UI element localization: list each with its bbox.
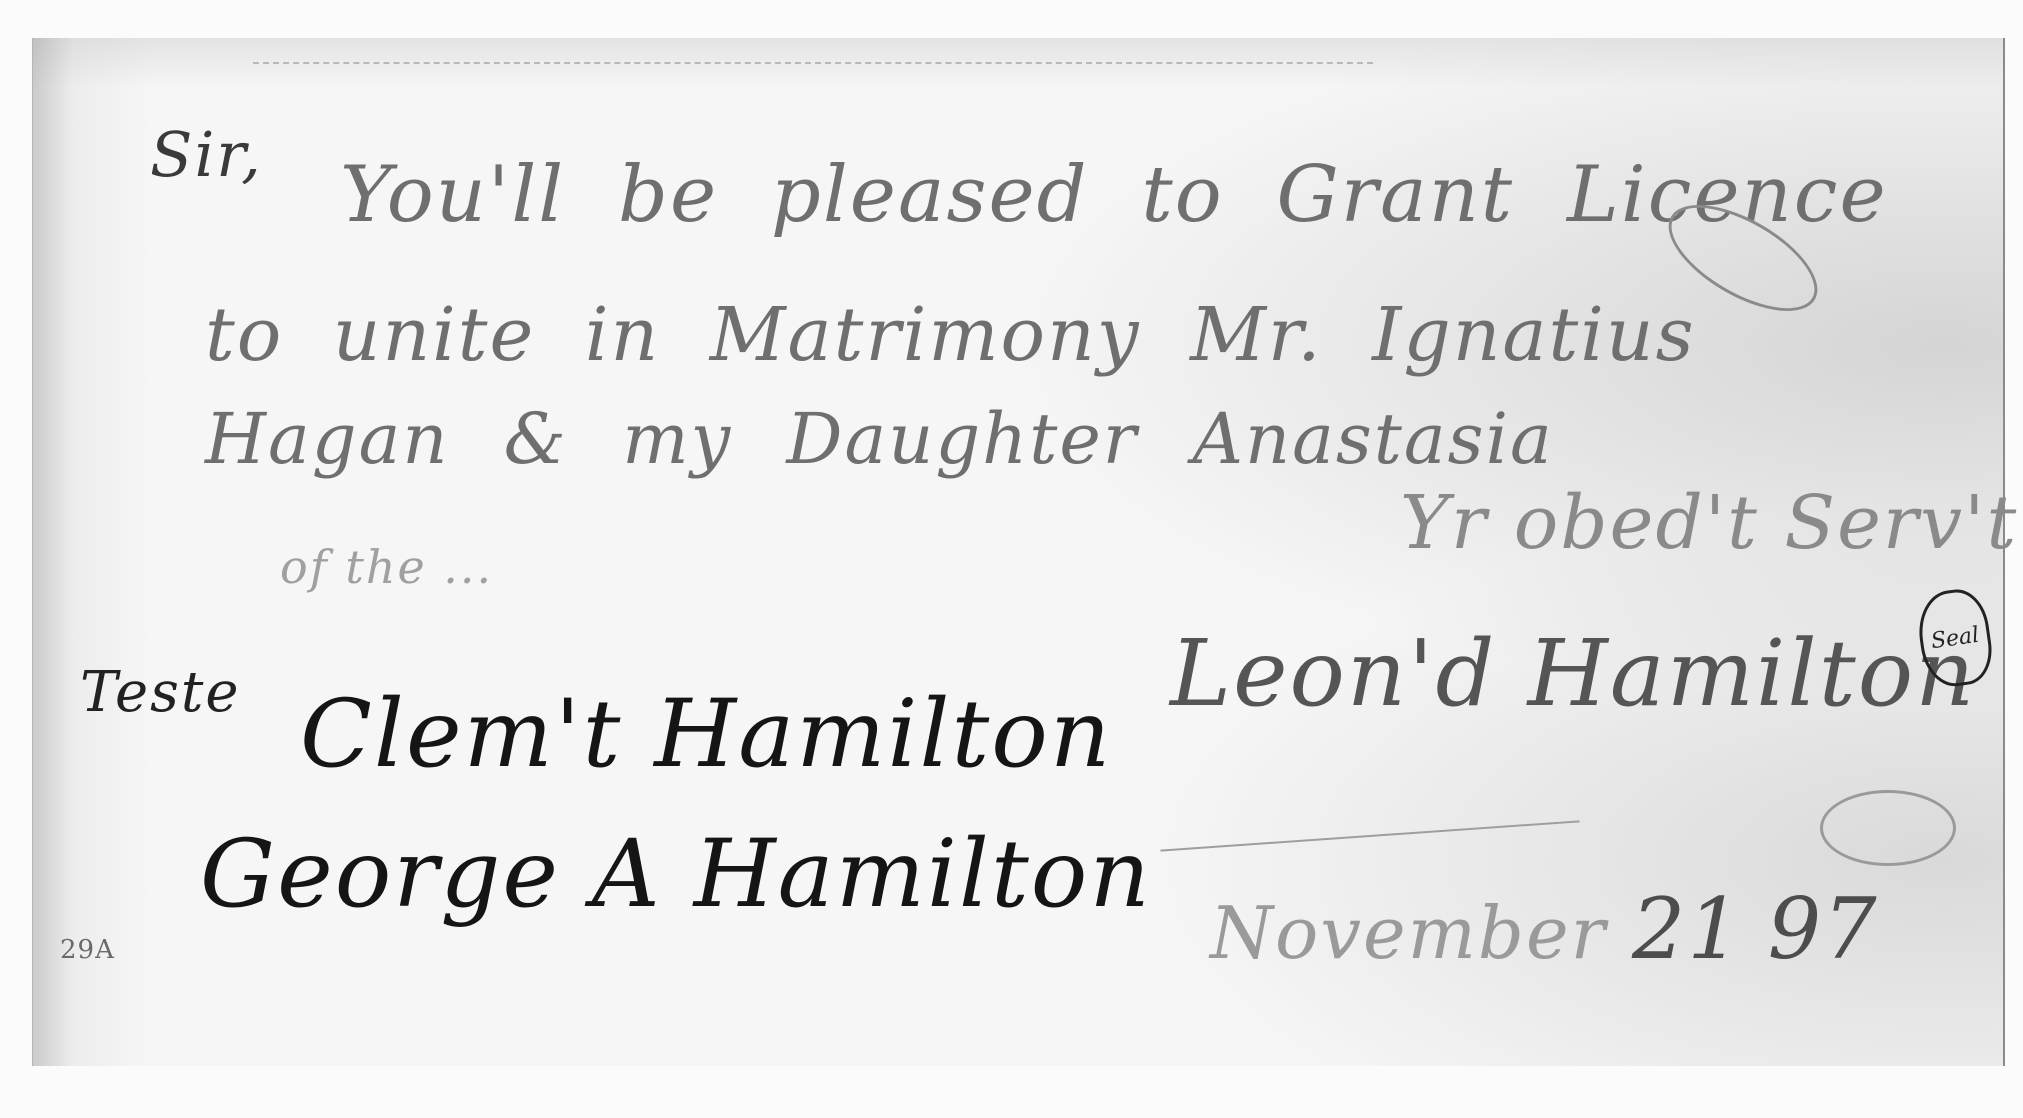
closing: Yr obed't Serv't bbox=[1400, 480, 2018, 566]
signer-signature: Leon'd Hamilton bbox=[1170, 620, 1976, 727]
body-line-3: Hagan & my Daughter Anastasia bbox=[205, 398, 1554, 480]
body-line-4: of the ... bbox=[280, 540, 493, 594]
signature-flourish bbox=[1820, 790, 1956, 866]
salutation: Sir, bbox=[150, 118, 263, 191]
top-edge-mark bbox=[253, 62, 1373, 64]
date: November 21 97 bbox=[1210, 880, 1879, 978]
body-line-1: You'll be pleased to Grant Licence bbox=[340, 150, 1888, 240]
margin-note: 29A bbox=[60, 935, 115, 965]
witness-2-signature: George A Hamilton bbox=[200, 820, 1152, 929]
seal-label: Seal bbox=[1929, 622, 1980, 653]
witness-1-signature: Clem't Hamilton bbox=[300, 680, 1112, 789]
witness-label: Teste bbox=[80, 660, 241, 725]
date-year: 97 bbox=[1768, 880, 1879, 978]
date-month: November bbox=[1210, 891, 1607, 975]
date-day: 21 bbox=[1632, 880, 1743, 978]
body-line-2: to unite in Matrimony Mr. Ignatius bbox=[205, 292, 1696, 378]
